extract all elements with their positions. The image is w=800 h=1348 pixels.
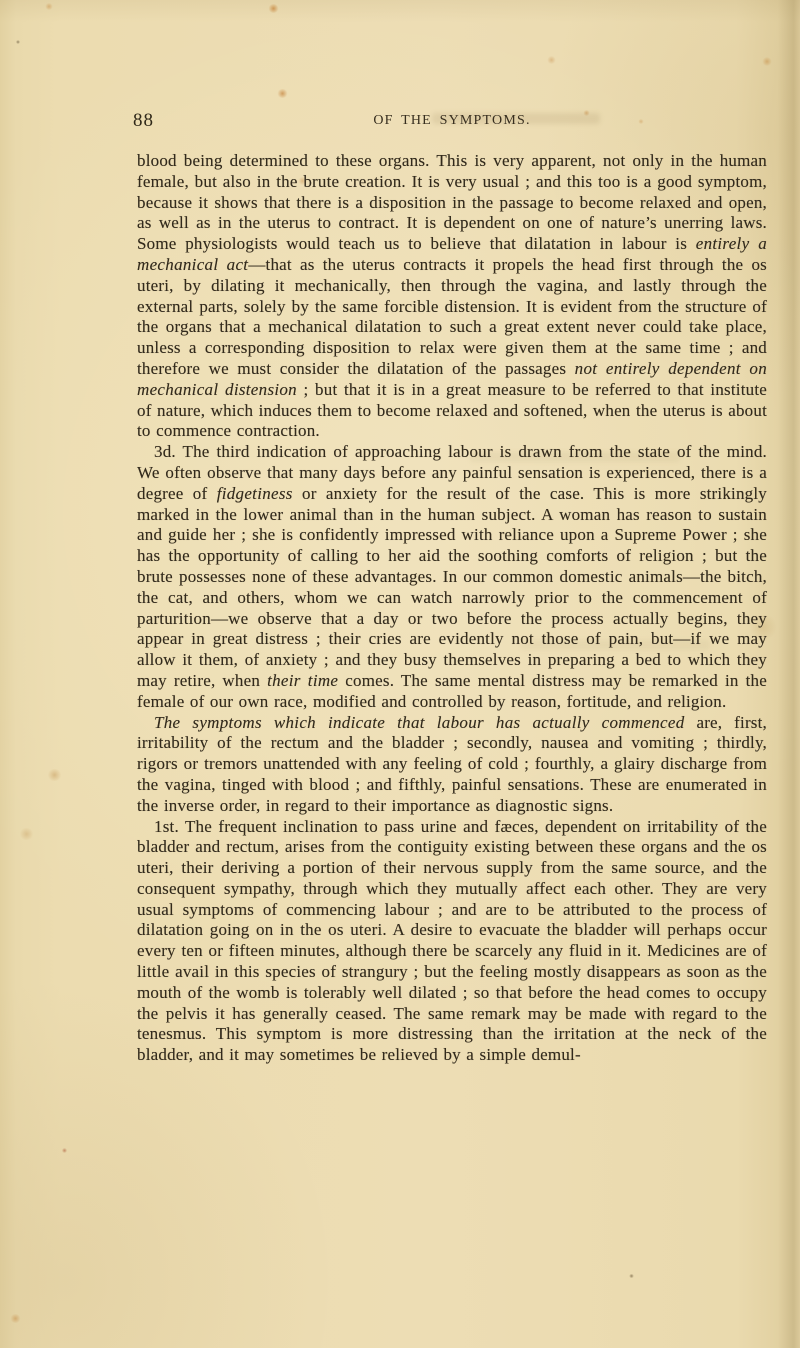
foxing-stain — [762, 57, 772, 66]
ink-speck — [16, 40, 20, 44]
foxing-stain — [45, 3, 53, 10]
foxing-stain — [19, 828, 34, 840]
italic-text: fidgetiness — [217, 484, 293, 503]
text-block: blood being determined to these organs. … — [137, 151, 767, 1066]
foxing-stain — [47, 769, 62, 781]
body-text: or anxiety for the result of the case. T… — [137, 484, 767, 690]
italic-text: their time — [267, 671, 338, 690]
foxing-stain — [547, 56, 556, 64]
italic-text: The symptoms which indicate that labour … — [154, 713, 685, 732]
page-header: 88 OF THE SYMPTOMS. — [137, 110, 767, 132]
foxing-stain — [277, 89, 288, 98]
paragraph: 3d. The third indication of approaching … — [137, 442, 767, 712]
book-page: 88 OF THE SYMPTOMS. blood being determin… — [0, 0, 800, 1348]
paragraph: 1st. The frequent inclination to pass ur… — [137, 817, 767, 1067]
paragraph: The symptoms which indicate that labour … — [137, 713, 767, 817]
foxing-stain — [268, 4, 279, 13]
ink-speck — [62, 1148, 67, 1153]
running-header: OF THE SYMPTOMS. — [137, 113, 767, 129]
body-text: 1st. The frequent inclination to pass ur… — [137, 817, 767, 1065]
foxing-stain — [10, 1314, 21, 1323]
body-text: blood being determined to these organs. … — [137, 151, 767, 253]
paragraph: blood being determined to these organs. … — [137, 151, 767, 442]
ink-speck — [629, 1274, 634, 1278]
